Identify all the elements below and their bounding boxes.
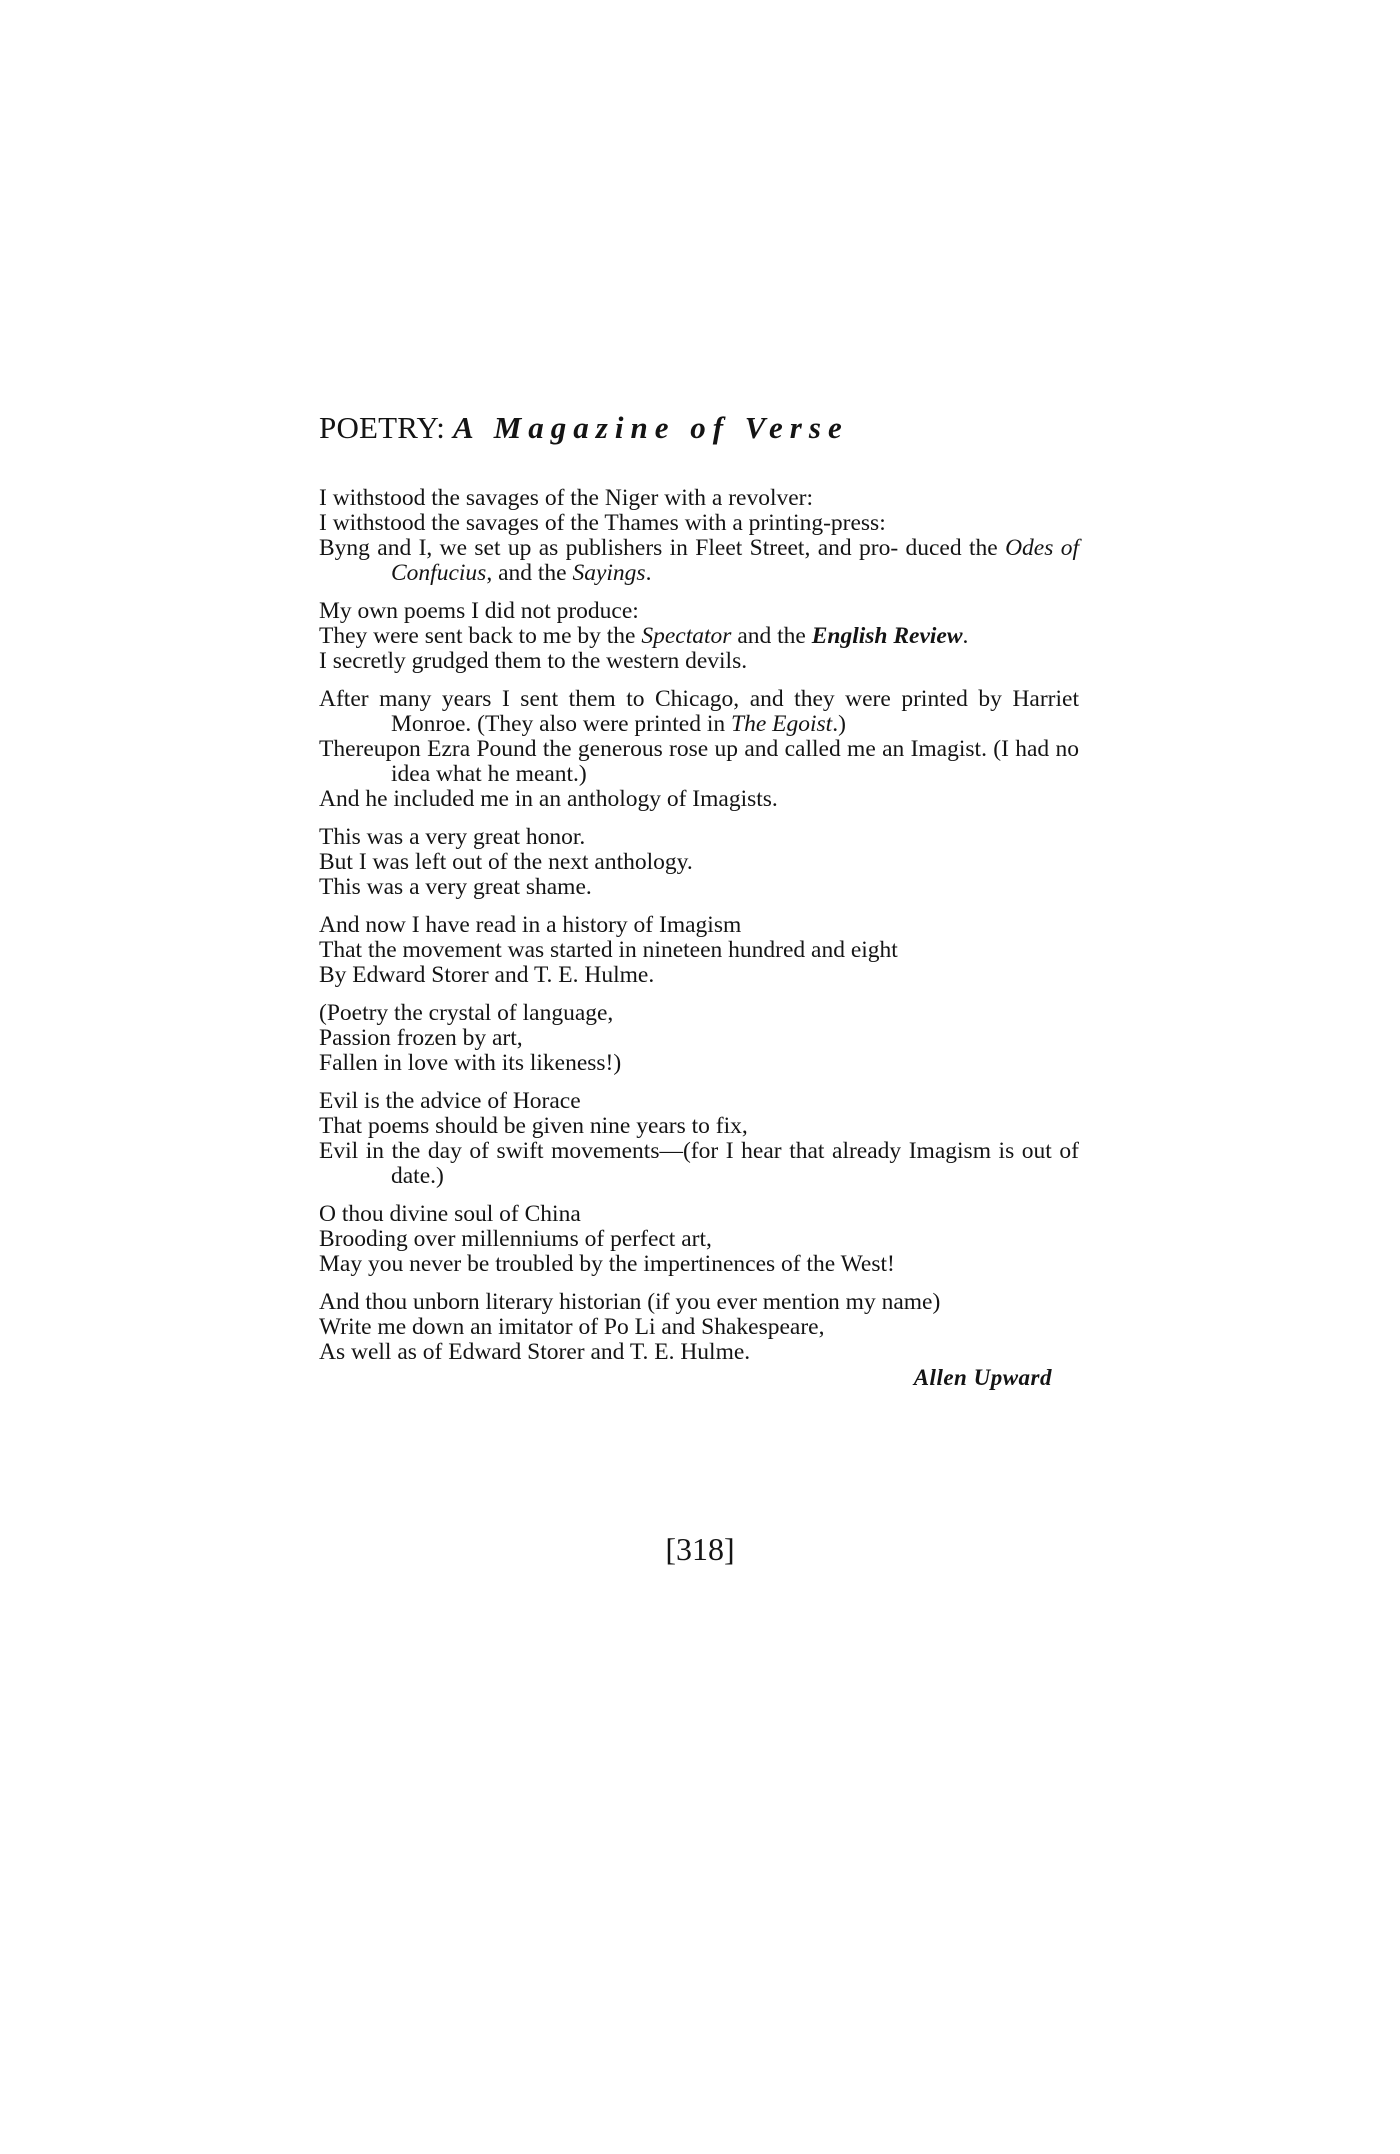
verse-text: But I was left out of the next anthology… [319, 849, 693, 875]
verse-text: By Edward Storer and T. E. Hulme. [319, 962, 654, 988]
poem-body: I withstood the savages of the Niger wit… [319, 486, 1079, 1403]
verse-text: They were sent back to me by the [319, 623, 641, 649]
verse-text: O thou divine soul of China [319, 1201, 581, 1227]
verse-text: That poems should be given nine years to… [319, 1113, 748, 1139]
italic-title: The Egoist [731, 711, 832, 737]
verse-text: .) [832, 711, 846, 737]
verse-line: I withstood the savages of the Thames wi… [319, 511, 1079, 536]
verse-line: This was a very great honor. [319, 825, 1079, 850]
verse-line: Brooding over millenniums of perfect art… [319, 1227, 1079, 1252]
verse-text: After many years I sent them to Chicago,… [319, 686, 1079, 737]
stanza: I withstood the savages of the Niger wit… [319, 486, 1079, 586]
stanza: Evil is the advice of HoraceThat poems s… [319, 1089, 1079, 1189]
verse-text: Byng and I, we set up as publishers in F… [319, 535, 1005, 561]
verse-text: and the [731, 623, 811, 649]
page-number: [318] [0, 1531, 1400, 1567]
verse-line: Evil is the advice of Horace [319, 1089, 1079, 1114]
running-header: POETRY:A Magazine of Verse [319, 410, 849, 446]
verse-text: This was a very great honor. [319, 824, 585, 850]
stanza: This was a very great honor.But I was le… [319, 825, 1079, 900]
verse-line: Byng and I, we set up as publishers in F… [319, 536, 1079, 586]
stanza: O thou divine soul of ChinaBrooding over… [319, 1202, 1079, 1277]
verse-line: Fallen in love with its likeness!) [319, 1051, 1079, 1076]
document-page: POETRY:A Magazine of Verse I withstood t… [0, 0, 1400, 2154]
stanza: (Poetry the crystal of language,Passion … [319, 1001, 1079, 1076]
verse-line: This was a very great shame. [319, 875, 1079, 900]
verse-text: Thereupon Ezra Pound the generous rose u… [319, 736, 1079, 787]
verse-text: My own poems I did not produce: [319, 598, 639, 624]
verse-text: This was a very great shame. [319, 874, 592, 900]
verse-line: Thereupon Ezra Pound the generous rose u… [319, 737, 1079, 787]
verse-text: . [963, 623, 969, 649]
verse-line: That the movement was started in ninetee… [319, 938, 1079, 963]
stanza: My own poems I did not produce:They were… [319, 599, 1079, 674]
journal-name: POETRY: [319, 410, 445, 445]
verse-text: Write me down an imitator of Po Li and S… [319, 1314, 824, 1340]
verse-text: I withstood the savages of the Thames wi… [319, 510, 886, 536]
verse-line: I withstood the savages of the Niger wit… [319, 486, 1079, 511]
verse-text: And he included me in an anthology of Im… [319, 786, 778, 812]
stanza: And now I have read in a history of Imag… [319, 913, 1079, 988]
verse-line: Passion frozen by art, [319, 1026, 1079, 1051]
verse-line: Evil in the day of swift movements—(for … [319, 1139, 1079, 1189]
verse-line: (Poetry the crystal of language, [319, 1001, 1079, 1026]
verse-text: I secretly grudged them to the western d… [319, 648, 747, 674]
verse-line: And now I have read in a history of Imag… [319, 913, 1079, 938]
verse-text: Fallen in love with its likeness!) [319, 1050, 621, 1076]
verse-line: They were sent back to me by the Spectat… [319, 624, 1079, 649]
verse-text: That the movement was started in ninetee… [319, 937, 898, 963]
italic-title: English Review [812, 623, 963, 649]
verse-line: O thou divine soul of China [319, 1202, 1079, 1227]
verse-text: Evil is the advice of Horace [319, 1088, 581, 1114]
verse-line: After many years I sent them to Chicago,… [319, 687, 1079, 737]
italic-title: Spectator [641, 623, 731, 649]
verse-text: Brooding over millenniums of perfect art… [319, 1226, 712, 1252]
verse-text: (Poetry the crystal of language, [319, 1000, 613, 1026]
verse-line: My own poems I did not produce: [319, 599, 1079, 624]
verse-text: Evil in the day of swift movements—(for … [319, 1138, 1079, 1189]
verse-text: I withstood the savages of the Niger wit… [319, 485, 813, 511]
verse-text: And now I have read in a history of Imag… [319, 912, 741, 938]
verse-line: And thou unborn literary historian (if y… [319, 1290, 1079, 1315]
stanza: And thou unborn literary historian (if y… [319, 1290, 1079, 1390]
verse-line: And he included me in an anthology of Im… [319, 787, 1079, 812]
verse-line: Write me down an imitator of Po Li and S… [319, 1315, 1079, 1340]
verse-line: That poems should be given nine years to… [319, 1114, 1079, 1139]
verse-text: , and the [486, 560, 572, 586]
stanza: After many years I sent them to Chicago,… [319, 687, 1079, 812]
verse-text: . [646, 560, 652, 586]
verse-line: But I was left out of the next anthology… [319, 850, 1079, 875]
verse-text: And thou unborn literary historian (if y… [319, 1289, 940, 1315]
verse-line: By Edward Storer and T. E. Hulme. [319, 963, 1079, 988]
verse-text: Passion frozen by art, [319, 1025, 523, 1051]
verse-line: I secretly grudged them to the western d… [319, 649, 1079, 674]
journal-subtitle: A Magazine of Verse [453, 410, 849, 445]
author-signature: Allen Upward [319, 1365, 1079, 1390]
verse-line: As well as of Edward Storer and T. E. Hu… [319, 1340, 1079, 1365]
italic-title: Sayings [572, 560, 645, 586]
verse-text: As well as of Edward Storer and T. E. Hu… [319, 1339, 750, 1365]
verse-line: May you never be troubled by the imperti… [319, 1252, 1079, 1277]
verse-text: May you never be troubled by the imperti… [319, 1251, 895, 1277]
